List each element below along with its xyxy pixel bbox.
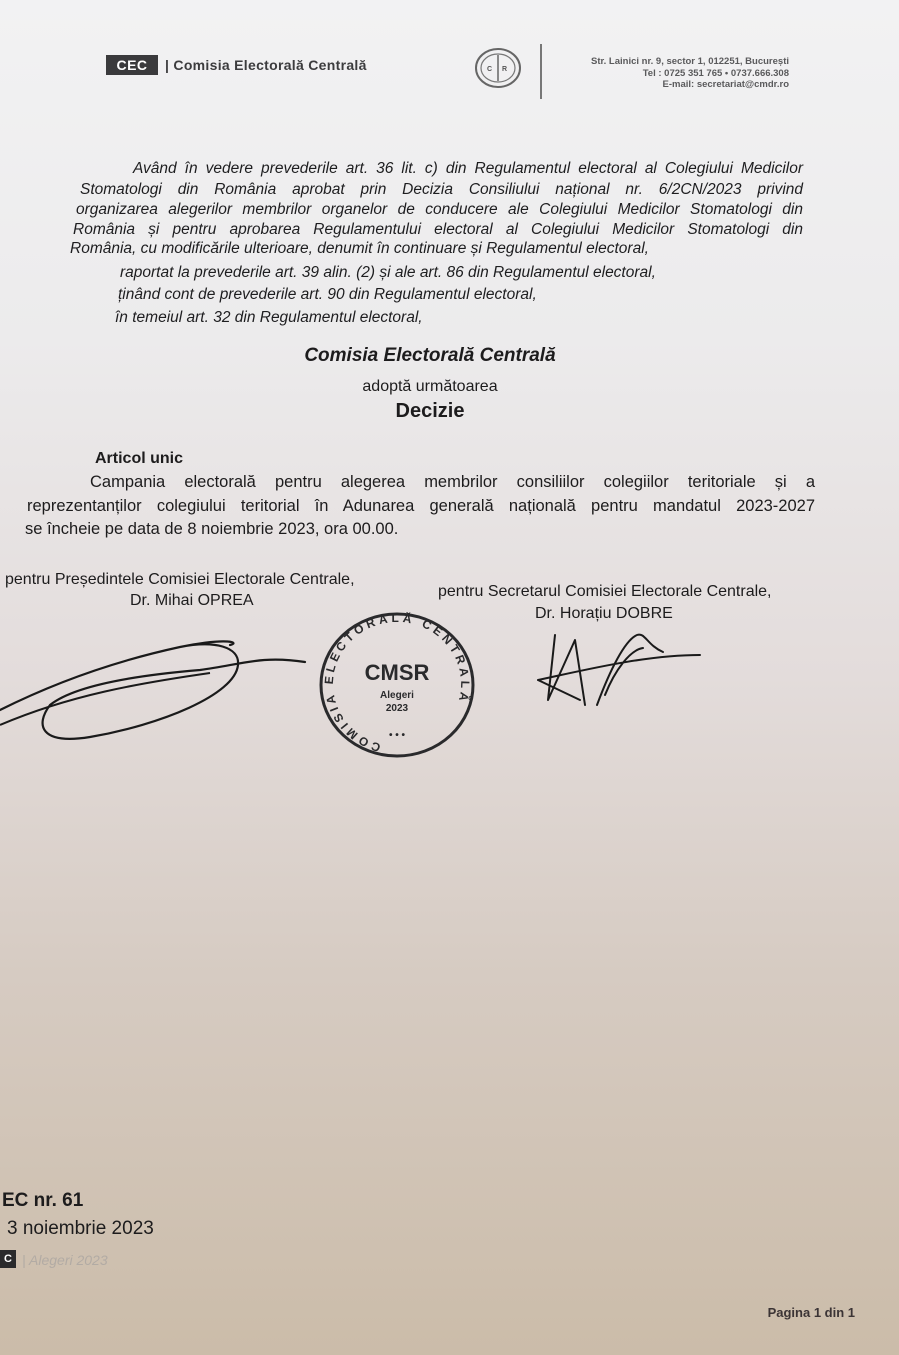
article-line-2: reprezentanților colegiului teritorial î…: [27, 497, 815, 516]
decision-date: 3 noiembrie 2023: [7, 1218, 154, 1240]
address: Str. Lainici nr. 9, sector 1, 012251, Bu…: [591, 56, 789, 68]
footer-faded-text: | Alegeri 2023: [22, 1252, 108, 1268]
contact-block: Str. Lainici nr. 9, sector 1, 012251, Bu…: [591, 56, 789, 91]
preamble-line-1: Având în vedere prevederile art. 36 lit.…: [133, 160, 803, 178]
stamp-line-2: 2023: [318, 703, 476, 714]
article-line-3: se încheie pe data de 8 noiembrie 2023, …: [25, 520, 398, 539]
left-signatory-role: pentru Președintele Comisiei Electorale …: [5, 571, 355, 589]
svg-text:C: C: [487, 66, 492, 73]
preamble-line-6: raportat la prevederile art. 39 alin. (2…: [120, 264, 656, 282]
phone: Tel : 0725 351 765 • 0737.666.308: [591, 68, 789, 80]
email: E-mail: secretariat@cmdr.ro: [591, 79, 789, 91]
right-signature-icon: [535, 630, 705, 720]
decision-issuer: Comisia Electorală Centrală: [0, 345, 860, 367]
preamble-line-4: România și pentru aprobarea Regulamentul…: [73, 221, 803, 239]
right-signatory-name: Dr. Horațiu DOBRE: [535, 605, 673, 623]
cmsr-logo-icon: C R: [474, 47, 522, 89]
right-signatory-role: pentru Secretarul Comisiei Electorale Ce…: [438, 583, 771, 601]
footer-badge: C: [0, 1250, 16, 1268]
left-signature-icon: [0, 625, 320, 755]
svg-text:R: R: [502, 66, 507, 73]
article-line-1: Campania electorală pentru alegerea memb…: [90, 473, 815, 492]
decision-title: Decizie: [0, 400, 860, 423]
stamp-center: CMSR: [318, 660, 476, 686]
preamble-line-5: România, cu modificările ulterioare, den…: [70, 240, 649, 258]
preamble-line-7: ținând cont de prevederile art. 90 din R…: [118, 286, 537, 304]
header-title: | Comisia Electorală Centrală: [165, 57, 367, 73]
stamp-line-1: Alegeri: [318, 690, 476, 701]
cec-badge: CEC: [106, 55, 158, 75]
page-number: Pagina 1 din 1: [768, 1305, 855, 1320]
decision-number: EC nr. 61: [2, 1190, 83, 1212]
preamble-line-2: Stomatologi din România aprobat prin Dec…: [80, 181, 803, 199]
preamble-line-8: în temeiul art. 32 din Regulamentul elec…: [115, 309, 423, 327]
official-stamp-icon: COMISIA ELECTORALĂ CENTRALĂ CMSR Alegeri…: [318, 612, 476, 765]
decision-verb: adoptă următoarea: [0, 378, 860, 396]
left-signatory-name: Dr. Mihai OPREA: [130, 592, 254, 610]
preamble-line-3: organizarea alegerilor membrilor organel…: [76, 201, 803, 219]
article-title: Articol unic: [95, 450, 183, 468]
header-divider: [540, 44, 542, 99]
stamp-dots: • • •: [318, 730, 476, 741]
